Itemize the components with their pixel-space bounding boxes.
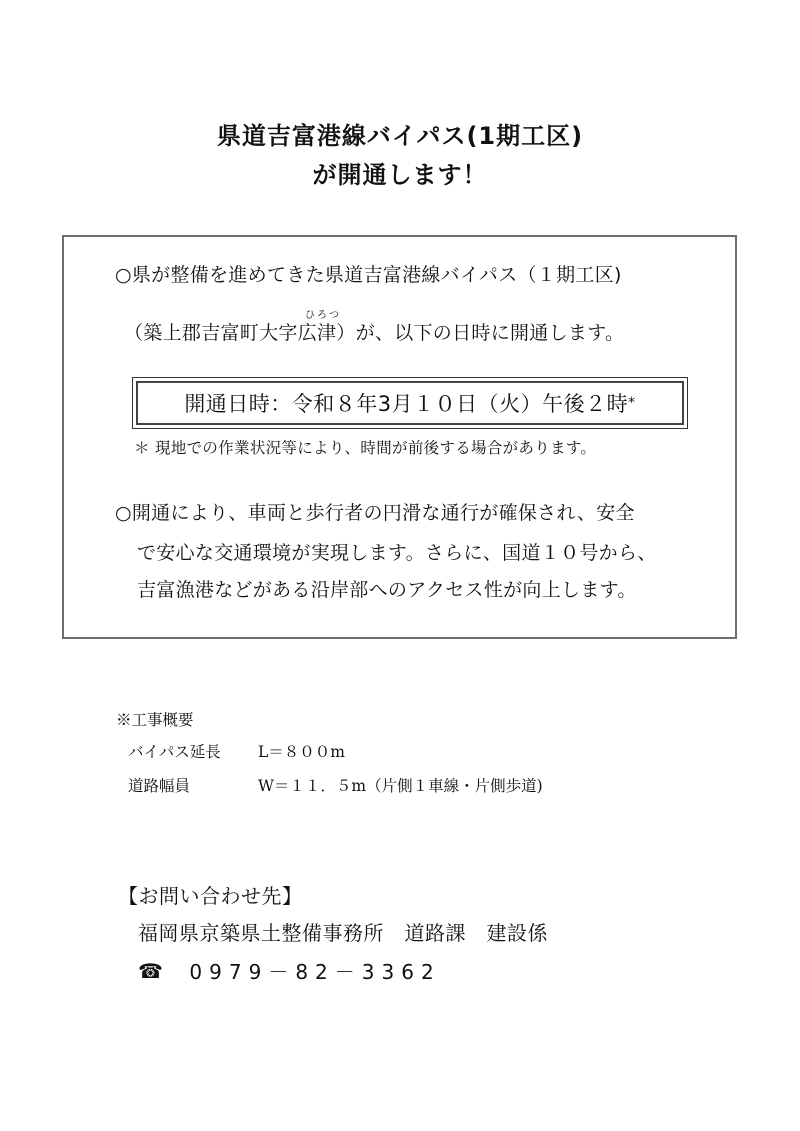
telephone-icon: ☎ [138,959,163,983]
summary-value-length: L＝８００m [258,740,345,762]
contact-phone-row: ☎ 0979－82－3362 [138,956,441,985]
page-title-line-1: 県道吉富港線バイパス(1期工区) [0,116,800,151]
opening-datetime-box: 開通日時：令和８年3月１０日（火）午後２時* [132,377,688,429]
summary-value-width: W＝１１．５m（片側１車線・片側歩道) [258,774,543,796]
footnote-mark: * [628,395,636,411]
footnote-note: ＊ 現地での作業状況等により、時間が前後する場合があります。 [134,436,596,458]
opening-datetime: 開通日時：令和８年3月１０日（火）午後２時 [184,388,628,418]
contact-heading: 【お問い合わせ先】 [118,880,303,909]
summary-label-length: バイパス延長 [128,740,221,762]
page-title-line-2: が開通します！ [0,155,800,190]
announcement-paragraph-1-line-2: （築上郡吉富町大字広津）が、以下の日時に開通します。 [124,318,624,345]
summary-heading: ※工事概要 [116,708,194,730]
announcement-paragraph-2-line-2: で安心な交通環境が実現します。さらに、国道１０号から、 [137,538,657,565]
contact-phone-number: 0979－82－3362 [189,956,440,985]
announcement-paragraph-1-line-1: ○県が整備を進めてきた県道吉富港線バイパス（１期工区) [115,260,622,287]
contact-organization: 福岡県京築県土整備事務所 道路課 建設係 [138,917,548,946]
summary-label-width: 道路幅員 [128,774,190,796]
opening-datetime-inner: 開通日時：令和８年3月１０日（火）午後２時* [136,381,684,425]
announcement-paragraph-2-line-3: 吉富漁港などがある沿岸部へのアクセス性が向上します。 [137,575,637,602]
announcement-paragraph-2-line-1: ○開通により、車両と歩行者の円滑な通行が確保され、安全 [115,498,635,525]
